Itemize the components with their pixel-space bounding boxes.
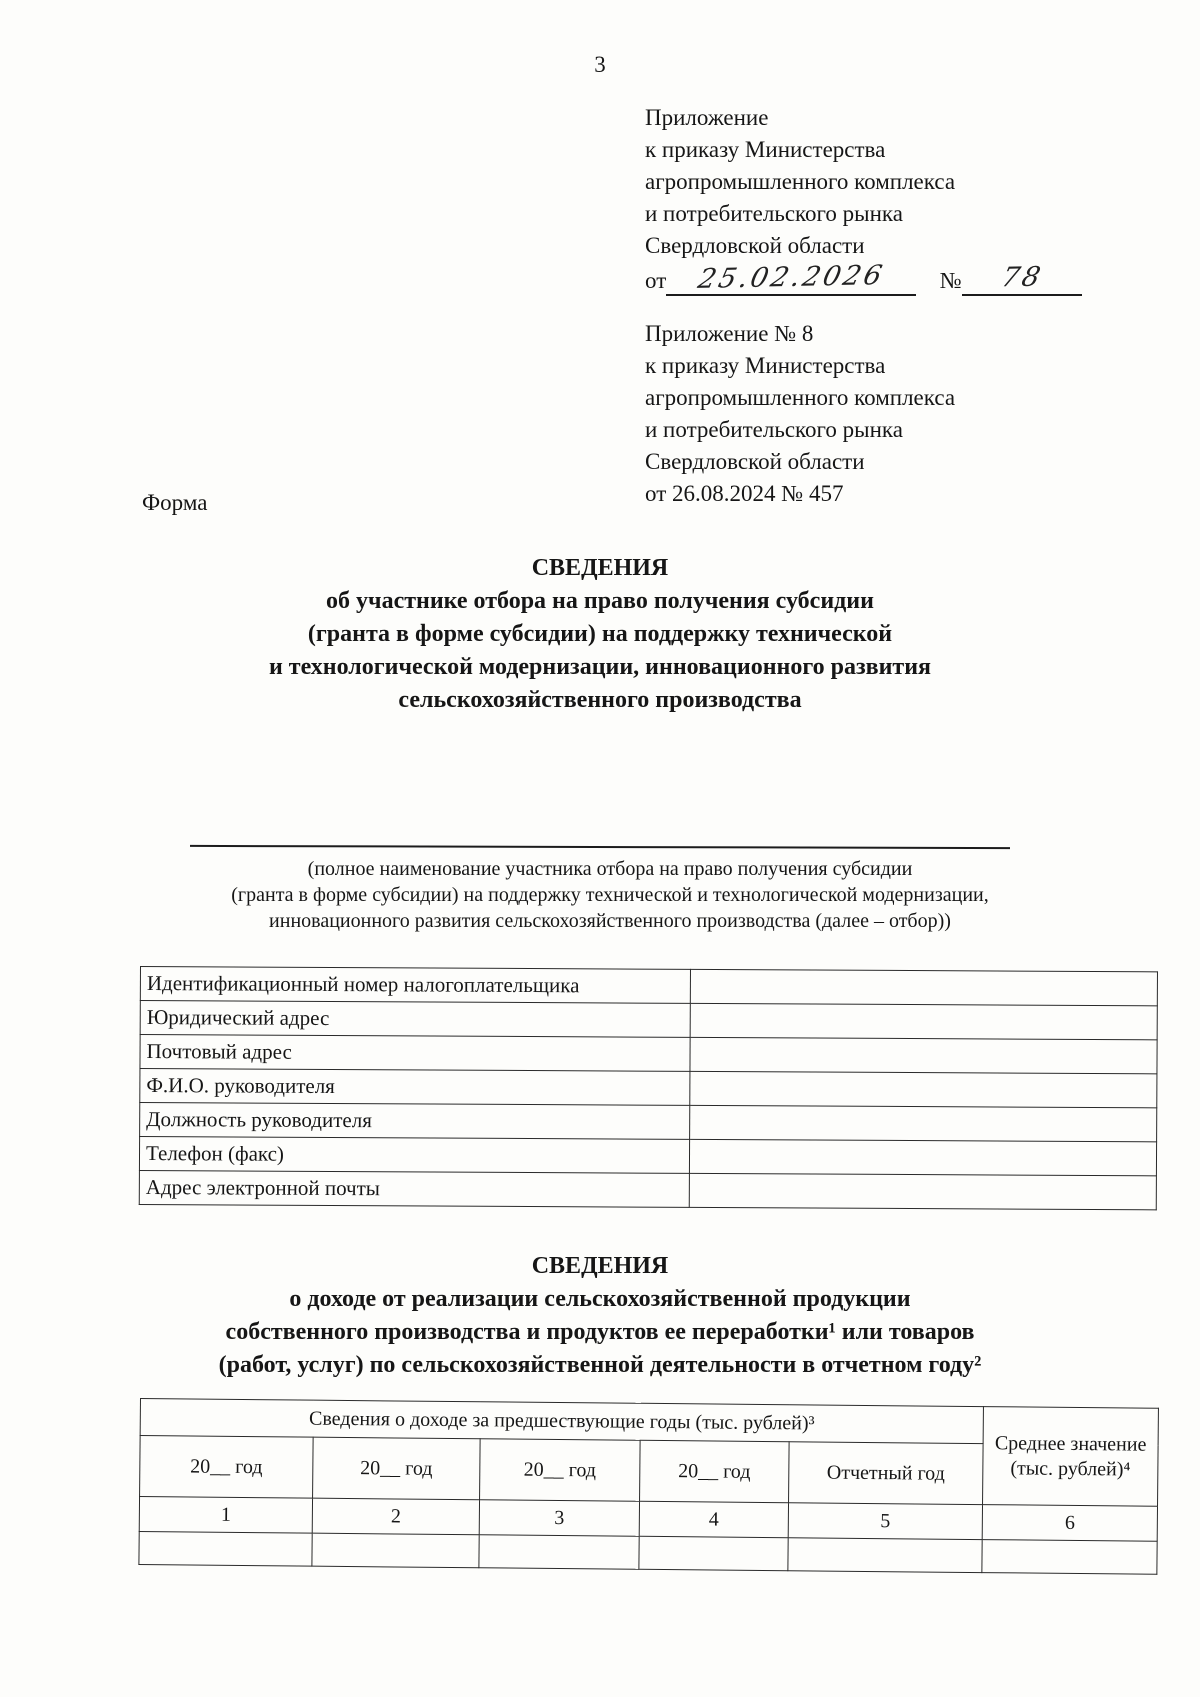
appendix-line: Приложение — [645, 102, 1125, 134]
order-date-line: от25.02.2026 №78 — [645, 264, 1125, 297]
income-value-cell[interactable] — [479, 1535, 639, 1570]
title-line: собственного производства и продуктов ее… — [100, 1316, 1100, 1349]
participant-name-caption: (полное наименование участника отбора на… — [100, 856, 1120, 934]
scanned-form-page: 3 Приложение к приказу Министерства агро… — [0, 0, 1200, 1697]
appendix-secondary-block: Приложение № 8 к приказу Министерства аг… — [645, 318, 1125, 510]
appendix-primary-block: Приложение к приказу Министерства агропр… — [645, 102, 1125, 297]
caption-line: (гранта в форме субсидии) на поддержку т… — [100, 882, 1120, 908]
appendix-line: и потребительского рынка — [645, 414, 1125, 446]
table-row: Должность руководителя — [140, 1103, 1157, 1142]
phone-value-cell[interactable] — [689, 1139, 1156, 1175]
year-header-cell: 20__ год — [140, 1436, 314, 1499]
row-label: Идентификационный номер налогоплательщик… — [140, 967, 690, 1004]
appendix-line: Приложение № 8 — [645, 318, 1125, 350]
section1-title: СВЕДЕНИЯ об участнике отбора на право по… — [100, 552, 1100, 717]
column-number: 6 — [982, 1505, 1157, 1542]
appendix-line: Свердловской области — [645, 230, 1125, 262]
order-date-field: 25.02.2026 — [666, 264, 916, 296]
income-value-cell[interactable] — [312, 1533, 479, 1568]
table-row: Телефон (факс) — [139, 1137, 1156, 1176]
appendix-line: к приказу Министерства — [645, 134, 1125, 166]
number-sign-label: № — [940, 268, 962, 293]
date-prefix-label: от — [645, 268, 666, 293]
participant-name-field[interactable] — [190, 845, 1010, 849]
average-value-header: Среднее значение (тыс. рублей)⁴ — [983, 1407, 1159, 1507]
appendix-line: Свердловской области — [645, 446, 1125, 478]
title-line: и технологической модернизации, инноваци… — [100, 651, 1100, 684]
title-line: сельскохозяйственного производства — [100, 684, 1100, 717]
reporting-year-header-cell: Отчетный год — [789, 1442, 984, 1505]
title-line: о доходе от реализации сельскохозяйствен… — [100, 1283, 1100, 1316]
applicant-details-table: Идентификационный номер налогоплательщик… — [139, 966, 1158, 1210]
column-number: 1 — [139, 1497, 312, 1534]
order-number-field: 78 — [962, 264, 1082, 296]
year-header-cell: 20__ год — [313, 1437, 481, 1500]
table-row: Почтовый адрес — [140, 1035, 1157, 1074]
title-line: (работ, услуг) по сельскохозяйственной д… — [100, 1349, 1100, 1382]
column-number: 4 — [639, 1501, 788, 1537]
page-number: 3 — [0, 52, 1200, 78]
appendix-line: от 26.08.2024 № 457 — [645, 478, 1125, 510]
column-number: 2 — [312, 1498, 479, 1535]
title-line: (гранта в форме субсидии) на поддержку т… — [100, 618, 1100, 651]
legal-address-value-cell[interactable] — [690, 1003, 1157, 1039]
handwritten-number: 78 — [998, 262, 1046, 295]
income-value-cell[interactable] — [139, 1531, 312, 1566]
row-label: Телефон (факс) — [139, 1137, 689, 1174]
appendix-line: и потребительского рынка — [645, 198, 1125, 230]
appendix-line: к приказу Министерства — [645, 350, 1125, 382]
title-line: об участнике отбора на право получения с… — [100, 585, 1100, 618]
column-number: 5 — [788, 1503, 982, 1540]
form-label: Форма — [142, 490, 207, 516]
head-position-value-cell[interactable] — [690, 1105, 1157, 1141]
table-row: Идентификационный номер налогоплательщик… — [140, 967, 1157, 1006]
email-value-cell[interactable] — [689, 1173, 1156, 1209]
caption-line: инновационного развития сельскохозяйстве… — [100, 908, 1120, 934]
caption-line: (полное наименование участника отбора на… — [100, 856, 1120, 882]
title-line: СВЕДЕНИЯ — [100, 552, 1100, 585]
row-label: Адрес электронной почты — [139, 1170, 689, 1207]
appendix-line: агропромышленного комплекса — [645, 166, 1125, 198]
table-row: Адрес электронной почты — [139, 1170, 1156, 1209]
handwritten-date: 25.02.2026 — [695, 260, 888, 296]
head-name-value-cell[interactable] — [690, 1071, 1157, 1107]
income-value-cell[interactable] — [639, 1536, 788, 1570]
title-line: СВЕДЕНИЯ — [100, 1250, 1100, 1283]
income-table: Сведения о доходе за предшествующие годы… — [138, 1398, 1158, 1575]
row-label: Ф.И.О. руководителя — [140, 1069, 690, 1106]
year-header-cell: 20__ год — [640, 1440, 790, 1502]
table-row: Юридический адрес — [140, 1001, 1157, 1040]
income-value-cell[interactable] — [788, 1538, 982, 1573]
year-header-cell: 20__ год — [480, 1439, 641, 1502]
table-row: Ф.И.О. руководителя — [140, 1069, 1157, 1108]
appendix-line: агропромышленного комплекса — [645, 382, 1125, 414]
inn-value-cell[interactable] — [690, 969, 1157, 1005]
postal-address-value-cell[interactable] — [690, 1037, 1157, 1073]
column-number: 3 — [479, 1500, 639, 1537]
row-label: Почтовый адрес — [140, 1035, 690, 1072]
row-label: Должность руководителя — [140, 1103, 690, 1140]
row-label: Юридический адрес — [140, 1001, 690, 1038]
section2-title: СВЕДЕНИЯ о доходе от реализации сельскох… — [100, 1250, 1100, 1382]
income-value-cell[interactable] — [982, 1540, 1157, 1575]
